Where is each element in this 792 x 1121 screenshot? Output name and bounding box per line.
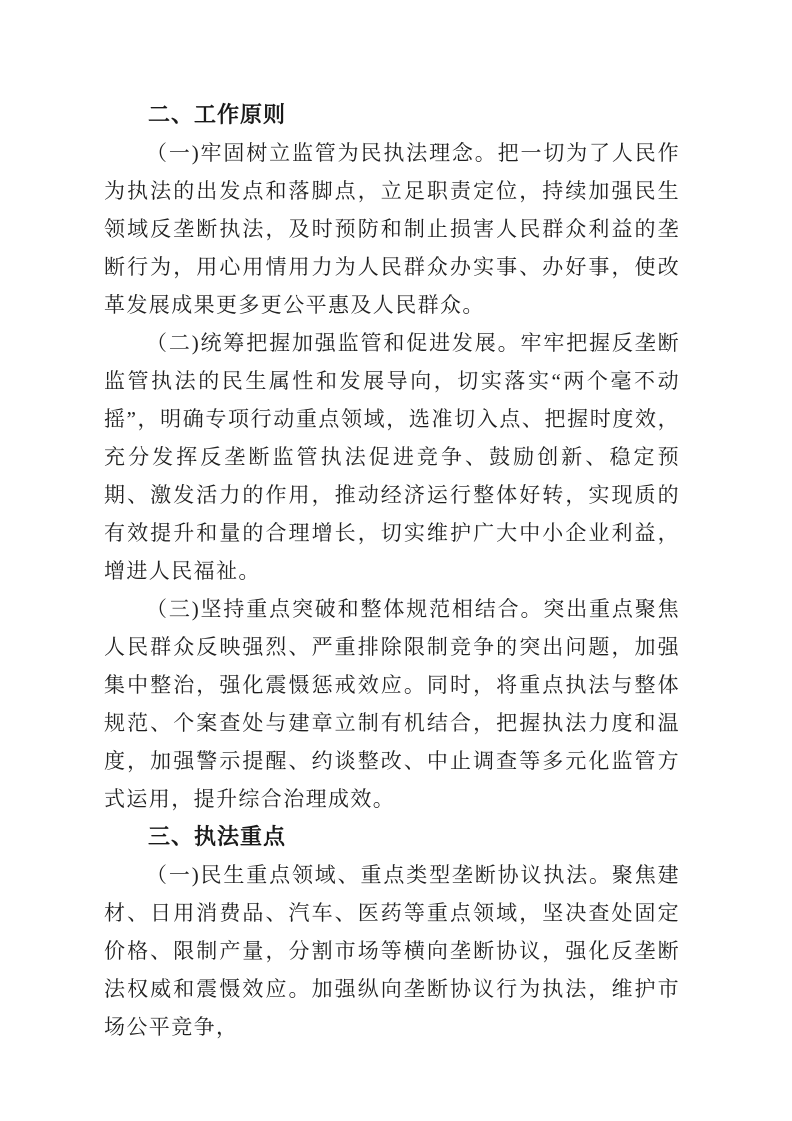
paragraph-work-principle-2: （二)统筹把握加强监管和促进发展。牢牢把握反垄断监管执法的民生属性和发展导向，切… xyxy=(104,324,680,590)
section-heading-work-principles: 二、工作原则 xyxy=(104,96,680,134)
paragraph-work-principle-1: （一)牢固树立监管为民执法理念。把一切为了人民作为执法的出发点和落脚点，立足职责… xyxy=(104,134,680,324)
document-page: 二、工作原则 （一)牢固树立监管为民执法理念。把一切为了人民作为执法的出发点和落… xyxy=(0,0,792,1121)
section-heading-enforcement-priorities: 三、执法重点 xyxy=(104,818,680,856)
paragraph-work-principle-3: （三)坚持重点突破和整体规范相结合。突出重点聚焦人民群众反映强烈、严重排除限制竞… xyxy=(104,590,680,818)
paragraph-enforcement-priority-1: （一)民生重点领域、重点类型垄断协议执法。聚焦建材、日用消费品、汽车、医药等重点… xyxy=(104,856,680,1046)
